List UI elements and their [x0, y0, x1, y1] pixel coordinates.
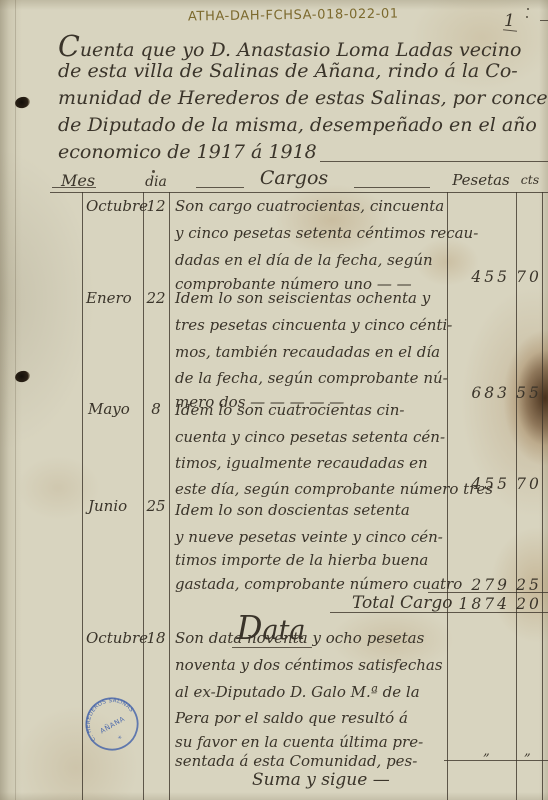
header-rule-segment: [196, 187, 244, 188]
punch-hole-top: [14, 95, 31, 109]
total-pesetas: 1874: [446, 595, 510, 613]
row-amount-pesetas: 455: [448, 475, 510, 493]
row-amount-pesetas: 683: [448, 384, 510, 402]
data-text-line: al ex-Diputado D. Galo M.ª de la: [175, 683, 420, 701]
page-number: 1: [504, 11, 515, 31]
row-month: Octubre: [86, 629, 148, 647]
punch-hole-bottom: [14, 369, 31, 383]
left-fold-crease: [15, 0, 16, 800]
cargo-text-line: cuenta y cinco pesetas setenta cén-: [175, 428, 445, 446]
title-line: munidad de Herederos de estas Salinas, p…: [58, 87, 548, 109]
ditto-mark-pesetas: „: [468, 744, 508, 759]
cargo-text-line: Idem lo son seiscientas ochenta y: [175, 289, 430, 307]
cargo-text-line: gastada, comprobante número cuatro: [175, 575, 462, 593]
carry-line: Suma y sigue —: [252, 770, 390, 790]
total-label: Total Cargo: [352, 593, 452, 613]
column-header-charges: Cargos: [246, 167, 342, 189]
row-day: 18: [143, 629, 169, 647]
cargo-text-line: Son cargo cuatrocientas, cincuenta: [175, 197, 444, 215]
column-rule: [143, 192, 144, 800]
row-amount-cents: 55: [516, 384, 542, 402]
row-day: 25: [143, 497, 169, 515]
manuscript-page: ATHA-DAH-FCHSA-018-022-01 1 Cuenta que y…: [0, 0, 548, 800]
row-amount-cents: 25: [516, 576, 542, 594]
data-text-line: Son data noventa y ocho pesetas: [175, 629, 424, 647]
column-header-cents: cts: [516, 172, 544, 187]
column-header-day: dia: [141, 174, 171, 190]
data-text-line: Pera por el saldo que resultó á: [175, 709, 408, 727]
header-rule-segment: [354, 187, 430, 188]
title-fill-rule: [320, 161, 548, 162]
row-month: Mayo: [88, 400, 130, 418]
cargo-text-line: timos, igualmente recaudadas en: [175, 454, 428, 472]
cargo-text-line: y cinco pesetas setenta céntimos recau-: [175, 224, 478, 242]
row-month: Junio: [88, 497, 127, 515]
stamp-center-text: AÑANA: [98, 714, 126, 735]
column-header-month: Mes: [56, 171, 100, 190]
data-heading-underline: [232, 647, 312, 648]
data-text-line: sentada á esta Comunidad, pes-: [175, 752, 417, 770]
row-amount-cents: 70: [516, 268, 542, 286]
carry-rule: [444, 760, 548, 761]
stamp-star: *: [116, 733, 124, 743]
cargo-text-line: Idem lo son doscientas setenta: [175, 501, 410, 519]
column-rule: [542, 192, 543, 800]
ditto-mark-cents: „: [516, 744, 542, 759]
title-line: economico de 1917 á 1918: [58, 141, 317, 163]
edge-speck: [527, 8, 529, 10]
cargo-text-line: Idem lo son cuatrocientas cin-: [175, 401, 404, 419]
cargo-text-line: de la fecha, según comprobante nú-: [175, 369, 448, 387]
title-line: de esta villa de Salinas de Añana, rindo…: [58, 60, 518, 82]
edge-speck: [526, 16, 528, 18]
cargo-text-line: tres pesetas cincuenta y cinco cénti-: [175, 316, 452, 334]
row-day: 8: [143, 400, 169, 418]
stamp-ring-text: C. HEREDEROS SALINAS: [76, 688, 138, 742]
data-text-line: su favor en la cuenta última pre-: [175, 733, 423, 751]
archival-code: ATHA-DAH-FCHSA-018-022-01: [188, 7, 398, 25]
row-day: 22: [143, 289, 169, 307]
ink-speck: [152, 170, 155, 173]
cargo-text-line: timos importe de la hierba buena: [175, 551, 428, 569]
row-day: 12: [143, 197, 169, 215]
table-header-rule: [50, 192, 548, 193]
column-rule: [169, 192, 170, 800]
column-header-pesetas: Pesetas: [449, 171, 513, 189]
cargo-text-line: mos, también recaudadas en el día: [175, 343, 440, 361]
row-amount-cents: 70: [516, 475, 542, 493]
row-month: Enero: [86, 289, 132, 307]
row-amount-pesetas: 455: [448, 268, 510, 286]
cargo-text-line: y nueve pesetas veinte y cinco cén-: [175, 528, 443, 546]
cargo-text-line: este día, según comprobante número tres: [175, 480, 493, 498]
row-month: Octubre: [86, 197, 148, 215]
edge-dash: [540, 20, 548, 21]
total-cents: 20: [516, 595, 542, 613]
title-line: de Diputado de la misma, desempeñado en …: [58, 114, 537, 136]
title-line: Cuenta que yo D. Anastasio Loma Ladas ve…: [58, 30, 521, 63]
data-text-line: noventa y dos céntimos satisfechas: [175, 656, 443, 674]
cargo-text-line: dadas en el día de la fecha, según: [175, 251, 433, 269]
row-amount-pesetas: 279: [448, 576, 510, 594]
